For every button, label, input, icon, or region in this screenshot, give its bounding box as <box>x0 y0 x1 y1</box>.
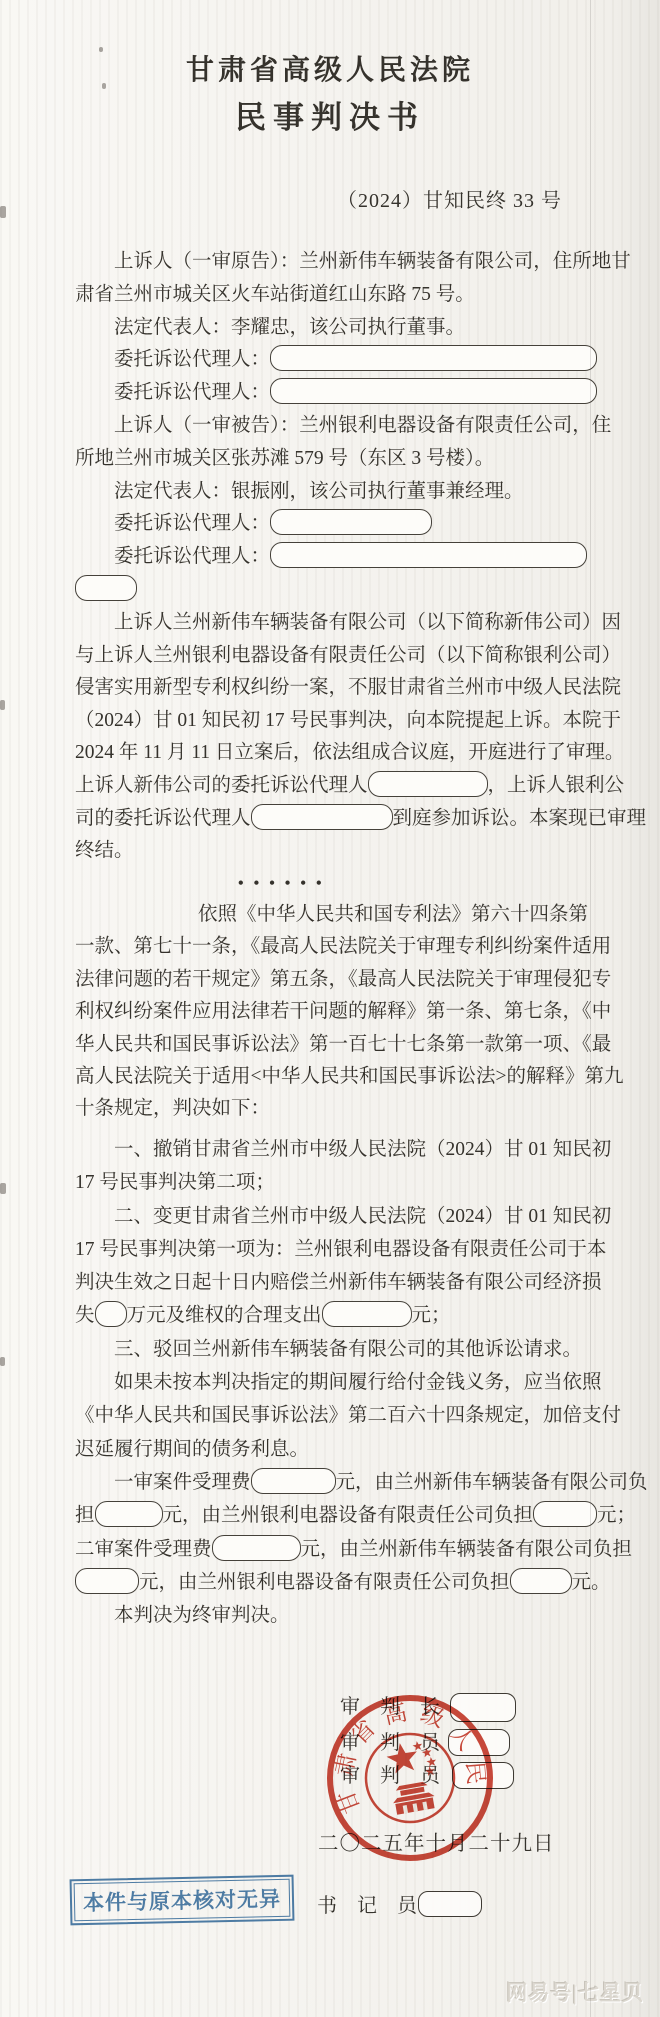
text-line: 17 号民事判决第二项； <box>75 1166 595 1199</box>
text-line: 元，由兰州银利电器设备有限责任公司负担元。 <box>75 1566 595 1599</box>
redaction-box <box>270 345 597 371</box>
text-line: 侵害实用新型专利权纠纷一案，不服甘肃省兰州市中级人民法院 <box>75 672 595 705</box>
agent-line: 委托诉讼代理人： <box>75 377 595 410</box>
agent-line: 委托诉讼代理人： <box>75 508 595 541</box>
legal-basis-section: 依照《中华人民共和国专利法》第六十四条第 一款、第七十一条，《最高人民法院关于审… <box>75 899 595 1126</box>
case-number: （2024）甘知民终 33 号 <box>0 184 660 213</box>
text-line: 一款、第七十一条，《最高人民法院关于审理专利纠纷案件适用 <box>75 931 595 963</box>
agent-label: 委托诉讼代理人： <box>114 513 270 534</box>
text-line: 十条规定，判决如下： <box>75 1093 595 1125</box>
scan-speck <box>0 1183 6 1194</box>
text-line: 一、撤销甘肃省兰州市中级人民法院（2024）甘 01 知民初 <box>75 1133 595 1166</box>
agent-line: 委托诉讼代理人： <box>75 541 595 574</box>
text-line: 上诉人新伟公司的委托诉讼代理人，上诉人银利公 <box>75 770 595 803</box>
redaction-box <box>270 378 597 404</box>
text-line: 高人民法院关于适用<中华人民共和国民事诉讼法>的解释》第九 <box>75 1061 595 1093</box>
text-line: 肃省兰州市城关区火车站街道红山东路 75 号。 <box>75 279 595 312</box>
text-line: 上诉人（一审被告）：兰州银利电器设备有限责任公司，住 <box>75 410 595 443</box>
text-line: 司的委托诉讼代理人到庭参加诉讼。本案现已审理 <box>75 803 595 836</box>
text-line: 法定代表人：李耀忠，该公司执行董事。 <box>75 312 595 345</box>
redaction-box <box>251 1468 336 1494</box>
redaction-box <box>270 542 587 568</box>
redaction-box <box>533 1501 597 1527</box>
text-line: 上诉人兰州新伟车辆装备有限公司（以下简称新伟公司）因 <box>75 607 595 640</box>
text-line: 依照《中华人民共和国专利法》第六十四条第 <box>75 899 595 931</box>
scan-speck <box>99 47 103 52</box>
text-line: 利权纠纷案件应用法律若干问题的解释》第一条、第七条，《中 <box>75 996 595 1028</box>
procedure-section: 上诉人兰州新伟车辆装备有限公司（以下简称新伟公司）因 与上诉人兰州银利电器设备有… <box>75 607 595 868</box>
text-line: （2024）甘 01 知民初 17 号民事判决，向本院提起上诉。本院于 <box>75 705 595 738</box>
parties-section: 上诉人（一审原告）：兰州新伟车辆装备有限公司，住所地甘 肃省兰州市城关区火车站街… <box>75 246 595 607</box>
agent-label: 委托诉讼代理人： <box>114 382 270 403</box>
redaction-box <box>270 509 432 535</box>
redaction-box <box>212 1535 301 1561</box>
text-line: 担元，由兰州银利电器设备有限责任公司负担元； <box>75 1499 595 1532</box>
text-line: 《中华人民共和国民事诉讼法》第二百六十四条规定，加倍支付 <box>75 1399 595 1432</box>
redaction-box <box>75 1568 139 1594</box>
text-line: 与上诉人兰州银利电器设备有限责任公司（以下简称银利公司） <box>75 640 595 673</box>
text-line: 三、驳回兰州新伟车辆装备有限公司的其他诉讼请求。 <box>75 1333 595 1366</box>
scan-speck <box>0 1357 5 1366</box>
text-line: 二审案件受理费元，由兰州新伟车辆装备有限公司负担 <box>75 1533 595 1566</box>
agent-label: 委托诉讼代理人： <box>114 349 270 370</box>
operative-section: 一、撤销甘肃省兰州市中级人民法院（2024）甘 01 知民初 17 号民事判决第… <box>75 1133 595 1632</box>
text-line: 一审案件受理费元，由兰州新伟车辆装备有限公司负 <box>75 1466 595 1499</box>
scan-speck <box>102 83 106 89</box>
text-line: 终结。 <box>75 835 595 868</box>
scan-speck <box>0 206 6 218</box>
verification-stamp-text: 本件与原本核对无异 <box>74 1879 291 1922</box>
text-line: 二、变更甘肃省兰州市中级人民法院（2024）甘 01 知民初 <box>75 1200 595 1233</box>
document-title: 民事判决书 <box>0 92 660 137</box>
redaction-box <box>368 771 488 797</box>
text-line: 如果未按本判决指定的期间履行给付金钱义务，应当依照 <box>75 1366 595 1399</box>
text-line: 本判决为终审判决。 <box>75 1599 595 1632</box>
court-name: 甘肃省高级人民法院 <box>0 48 660 88</box>
text-line: 上诉人（一审原告）：兰州新伟车辆装备有限公司，住所地甘 <box>75 246 595 279</box>
redaction-box <box>251 804 393 830</box>
watermark: 网易号|七星贝 <box>506 1977 644 2007</box>
redaction-box <box>418 1891 482 1917</box>
court-seal: 甘肃省高级人民法院 <box>320 1688 500 1868</box>
text-line: 判决生效之日起十日内赔偿兰州新伟车辆装备有限公司经济损 <box>75 1266 595 1299</box>
agent-line <box>75 574 595 607</box>
redaction-box <box>75 575 137 601</box>
text-line: 迟延履行期间的债务利息。 <box>75 1433 595 1466</box>
text-line: 17 号民事判决第一项为：兰州银利电器设备有限责任公司于本 <box>75 1233 595 1266</box>
text-line: 法定代表人：银振刚，该公司执行董事兼经理。 <box>75 476 595 509</box>
civil-judgment-page: 甘肃省高级人民法院 民事判决书 （2024）甘知民终 33 号 上诉人（一审原告… <box>0 0 660 2017</box>
omission-ellipsis: •••••• <box>75 869 595 899</box>
redaction-box <box>322 1301 412 1327</box>
text-line: 失万元及维权的合理支出元； <box>75 1299 595 1332</box>
redaction-box <box>95 1301 127 1327</box>
agent-line: 委托诉讼代理人： <box>75 344 595 377</box>
redaction-box <box>95 1501 163 1527</box>
text-line: 2024 年 11 月 11 日立案后，依法组成合议庭，开庭进行了审理。 <box>75 737 595 770</box>
clerk-label: 书 记 员 <box>317 1889 417 1918</box>
text-line: 所地兰州市城关区张苏滩 579 号（东区 3 号楼）。 <box>75 443 595 476</box>
agent-label: 委托诉讼代理人： <box>114 546 270 567</box>
text-line: 华人民共和国民事诉讼法》第一百七十七条第一款第一项、《最 <box>75 1029 595 1061</box>
verification-stamp: 本件与原本核对无异 <box>70 1875 295 1926</box>
scan-speck <box>0 700 5 710</box>
text-line: 法律问题的若干规定》第五条，《最高人民法院关于审理侵犯专 <box>75 964 595 996</box>
redaction-box <box>510 1568 572 1594</box>
